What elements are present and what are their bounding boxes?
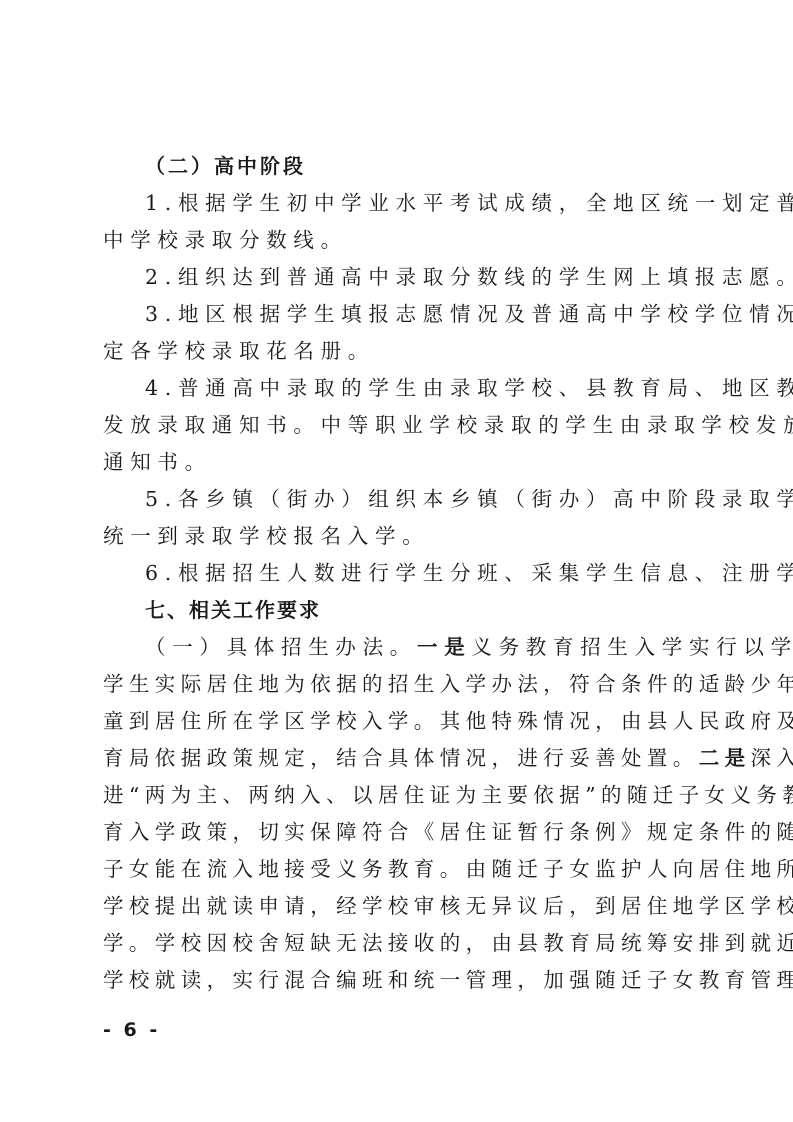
item-5-line-1: 5.各乡镇（街办）组织本乡镇（街办）高中阶段录取学生， xyxy=(103,481,693,518)
paragraph-line-6: 育入学政策，切实保障符合《居住证暂行条例》规定条件的随迁 xyxy=(103,814,693,851)
item-4-line-3: 通知书。 xyxy=(103,444,693,481)
paragraph-text: （一）具体招生办法。 xyxy=(145,635,417,659)
paragraph-line-5: 进“两为主、两纳入、以居住证为主要依据”的随迁子女义务教 xyxy=(103,777,693,814)
item-1-line-1: 1.根据学生初中学业水平考试成绩，全地区统一划定普通高 xyxy=(103,185,693,222)
section-heading-work-requirements: 七、相关工作要求 xyxy=(103,592,693,629)
sub-heading-high-school: （二）高中阶段 xyxy=(103,148,693,185)
paragraph-line-4: 育局依据政策规定，结合具体情况，进行妥善处置。二是深入推 xyxy=(103,740,693,777)
paragraph-line-9: 学。学校因校舍短缺无法接收的，由县教育局统筹安排到就近的 xyxy=(103,925,693,962)
paragraph-line-3: 童到居住所在学区学校入学。其他特殊情况，由县人民政府及教 xyxy=(103,703,693,740)
paragraph-text: 育局依据政策规定，结合具体情况，进行妥善处置。 xyxy=(103,746,699,770)
document-page: （二）高中阶段 1.根据学生初中学业水平考试成绩，全地区统一划定普通高 中学校录… xyxy=(103,148,693,999)
paragraph-line-1: （一）具体招生办法。一是义务教育招生入学实行以学区内 xyxy=(103,629,693,666)
item-2-line-1: 2.组织达到普通高中录取分数线的学生网上填报志愿。 xyxy=(103,259,693,296)
emphasis-text: 二是 xyxy=(699,746,751,770)
item-4-line-1: 4.普通高中录取的学生由录取学校、县教育局、地区教育局 xyxy=(103,370,693,407)
item-1-line-2: 中学校录取分数线。 xyxy=(103,222,693,259)
paragraph-text: 深入推 xyxy=(751,746,793,770)
emphasis-text: 一是 xyxy=(417,635,471,659)
paragraph-line-2: 学生实际居住地为依据的招生入学办法，符合条件的适龄少年儿 xyxy=(103,666,693,703)
item-5-line-2: 统一到录取学校报名入学。 xyxy=(103,518,693,555)
paragraph-line-8: 学校提出就读申请，经学校审核无异议后，到居住地学区学校入 xyxy=(103,888,693,925)
paragraph-text: 义务教育招生入学实行以学区内 xyxy=(471,635,793,659)
item-6-line-1: 6.根据招生人数进行学生分班、采集学生信息、注册学籍。 xyxy=(103,555,693,592)
paragraph-line-7: 子女能在流入地接受义务教育。由随迁子女监护人向居住地所属 xyxy=(103,851,693,888)
paragraph-line-10: 学校就读，实行混合编班和统一管理，加强随迁子女教育管理服 xyxy=(103,962,693,999)
item-3-line-2: 定各学校录取花名册。 xyxy=(103,333,693,370)
item-3-line-1: 3.地区根据学生填报志愿情况及普通高中学校学位情况，确 xyxy=(103,296,693,333)
page-number: - 6 - xyxy=(103,1019,160,1041)
item-4-line-2: 发放录取通知书。中等职业学校录取的学生由录取学校发放录取 xyxy=(103,407,693,444)
